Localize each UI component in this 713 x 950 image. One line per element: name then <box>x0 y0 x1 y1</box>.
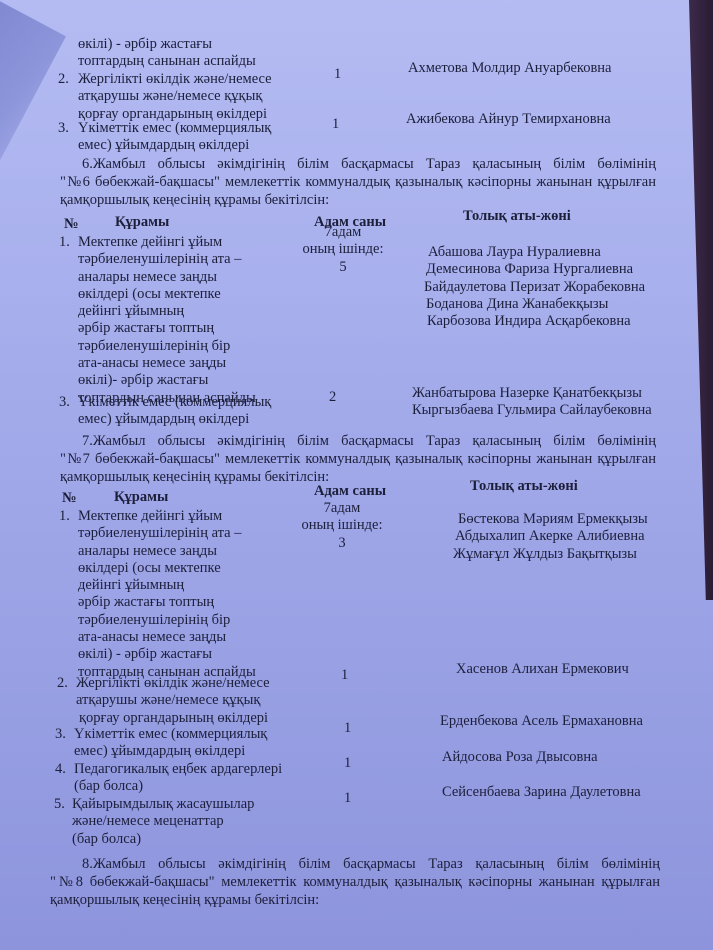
top-row-3-composition: Үкіметтік емес (коммерциялық емес) ұйымд… <box>78 120 271 155</box>
s7-row1-names: Бөстекова Мәриям Ермекқызы Абдыхалип Аке… <box>458 511 648 563</box>
s7-header-composition: Құрамы <box>114 489 168 506</box>
s7-row4-name: Айдосова Роза Двысовна <box>442 749 598 766</box>
s7-row1-composition: Мектепке дейінгі ұйым тәрбиеленушілеріні… <box>78 508 256 681</box>
s6-row1-names: Абашова Лаура Нуралиевна Демесинова Фари… <box>428 244 645 330</box>
top-row-2-no: 2. <box>58 71 69 88</box>
s7-row1-count: 7адам оның ішінде: 3 <box>292 500 392 552</box>
s7-row2-no: 2. <box>57 675 68 692</box>
s6-row3-count: 2 <box>329 389 336 406</box>
section8-intro: 8.Жамбыл облысы әкімдігінің білім басқар… <box>50 855 660 909</box>
s6-header-no: № <box>64 216 79 233</box>
top-row-2-count: 1 <box>334 66 341 83</box>
s7-row3-composition: Үкіметтік емес (коммерциялық емес) ұйымд… <box>74 726 267 761</box>
s7-row4-composition: Педагогикалық еңбек ардагерлері (бар бол… <box>74 761 282 796</box>
s6-row3-composition: Үкіметтік емес (коммерциялық емес) ұйымд… <box>78 394 271 429</box>
top-row-3-count: 1 <box>332 116 339 133</box>
s7-row4-count: 1 <box>344 755 351 772</box>
s6-header-composition: Құрамы <box>115 214 169 231</box>
top-row-2-name: Ахметова Молдир Ануарбековна <box>408 60 611 77</box>
s6-row1-composition: Мектепке дейінгі ұйым тәрбиеленушілеріні… <box>78 234 256 407</box>
s7-row5-no: 5. <box>54 796 65 813</box>
s7-row5-count: 1 <box>344 790 351 807</box>
s7-header-no: № <box>62 490 77 507</box>
s6-row3-names: Жанбатырова Назерке Қанатбекқызы Кыргызб… <box>412 385 652 420</box>
top-row-3-no: 3. <box>58 120 69 137</box>
s7-row3-name: Ерденбекова Асель Ермахановна <box>440 713 643 730</box>
item1-tail: өкілі) - әрбір жастағы топтардың санынан… <box>78 36 256 71</box>
s6-row3-no: 3. <box>59 394 70 411</box>
s7-row3-count: 1 <box>344 720 351 737</box>
top-row-3-name: Ажибекова Айнур Темирхановна <box>406 111 611 128</box>
s7-row2-name: Хасенов Алихан Ермекович <box>456 661 629 678</box>
s6-row1-no: 1. <box>59 234 70 251</box>
s6-row1-count: 7адам оның ішінде: 5 <box>298 224 388 276</box>
s6-header-name: Толық аты-жөні <box>463 208 571 225</box>
s7-header-count: Адам саны <box>314 483 386 500</box>
section6-intro: 6.Жамбыл облысы әкімдігінің білім басқар… <box>60 155 656 209</box>
s7-row1-no: 1. <box>59 508 70 525</box>
top-row-2-composition: Жергілікті өкілдік және/немесе атқарушы … <box>78 71 272 123</box>
s7-row4-no: 4. <box>55 761 66 778</box>
s7-row5-name: Сейсенбаева Зарина Даулетовна <box>442 784 641 801</box>
s7-row2-composition: Жергілікті өкілдік және/немесе атқарушы … <box>76 675 270 727</box>
s7-row5-composition: Қайырымдылық жасаушылар және/немесе меце… <box>72 796 254 848</box>
s7-row3-no: 3. <box>55 726 66 743</box>
s7-header-name: Толық аты-жөні <box>470 478 578 495</box>
s7-row2-count: 1 <box>341 667 348 684</box>
